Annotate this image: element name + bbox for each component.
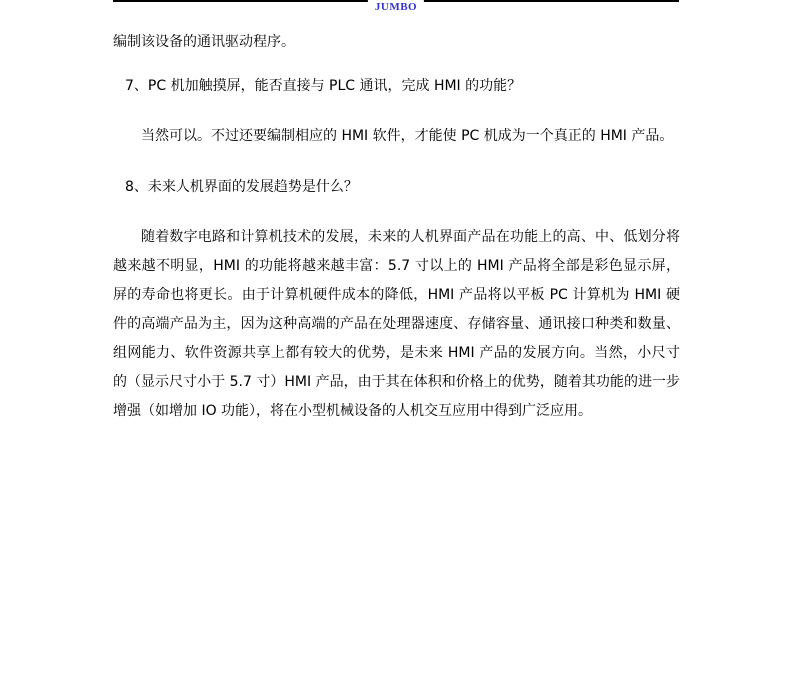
- paragraph-intro: 编制该设备的通讯驱动程序。: [113, 28, 680, 57]
- page-header: JUMBO: [0, 0, 792, 14]
- brand-logo: JUMBO: [368, 0, 424, 14]
- document-page: JUMBO 编制该设备的通讯驱动程序。 7、PC 机加触摸屏，能否直接与 PLC…: [0, 0, 792, 674]
- document-body: 编制该设备的通讯驱动程序。 7、PC 机加触摸屏，能否直接与 PLC 通讯，完成…: [113, 28, 680, 426]
- question-7: 7、PC 机加触摸屏，能否直接与 PLC 通讯，完成 HMI 的功能？: [113, 72, 680, 101]
- question-8: 8、未来人机界面的发展趋势是什么？: [113, 173, 680, 202]
- answer-8: 随着数字电路和计算机技术的发展，未来的人机界面产品在功能上的高、中、低划分将越来…: [113, 223, 680, 426]
- answer-7: 当然可以。不过还要编制相应的 HMI 软件，才能使 PC 机成为一个真正的 HM…: [113, 122, 680, 151]
